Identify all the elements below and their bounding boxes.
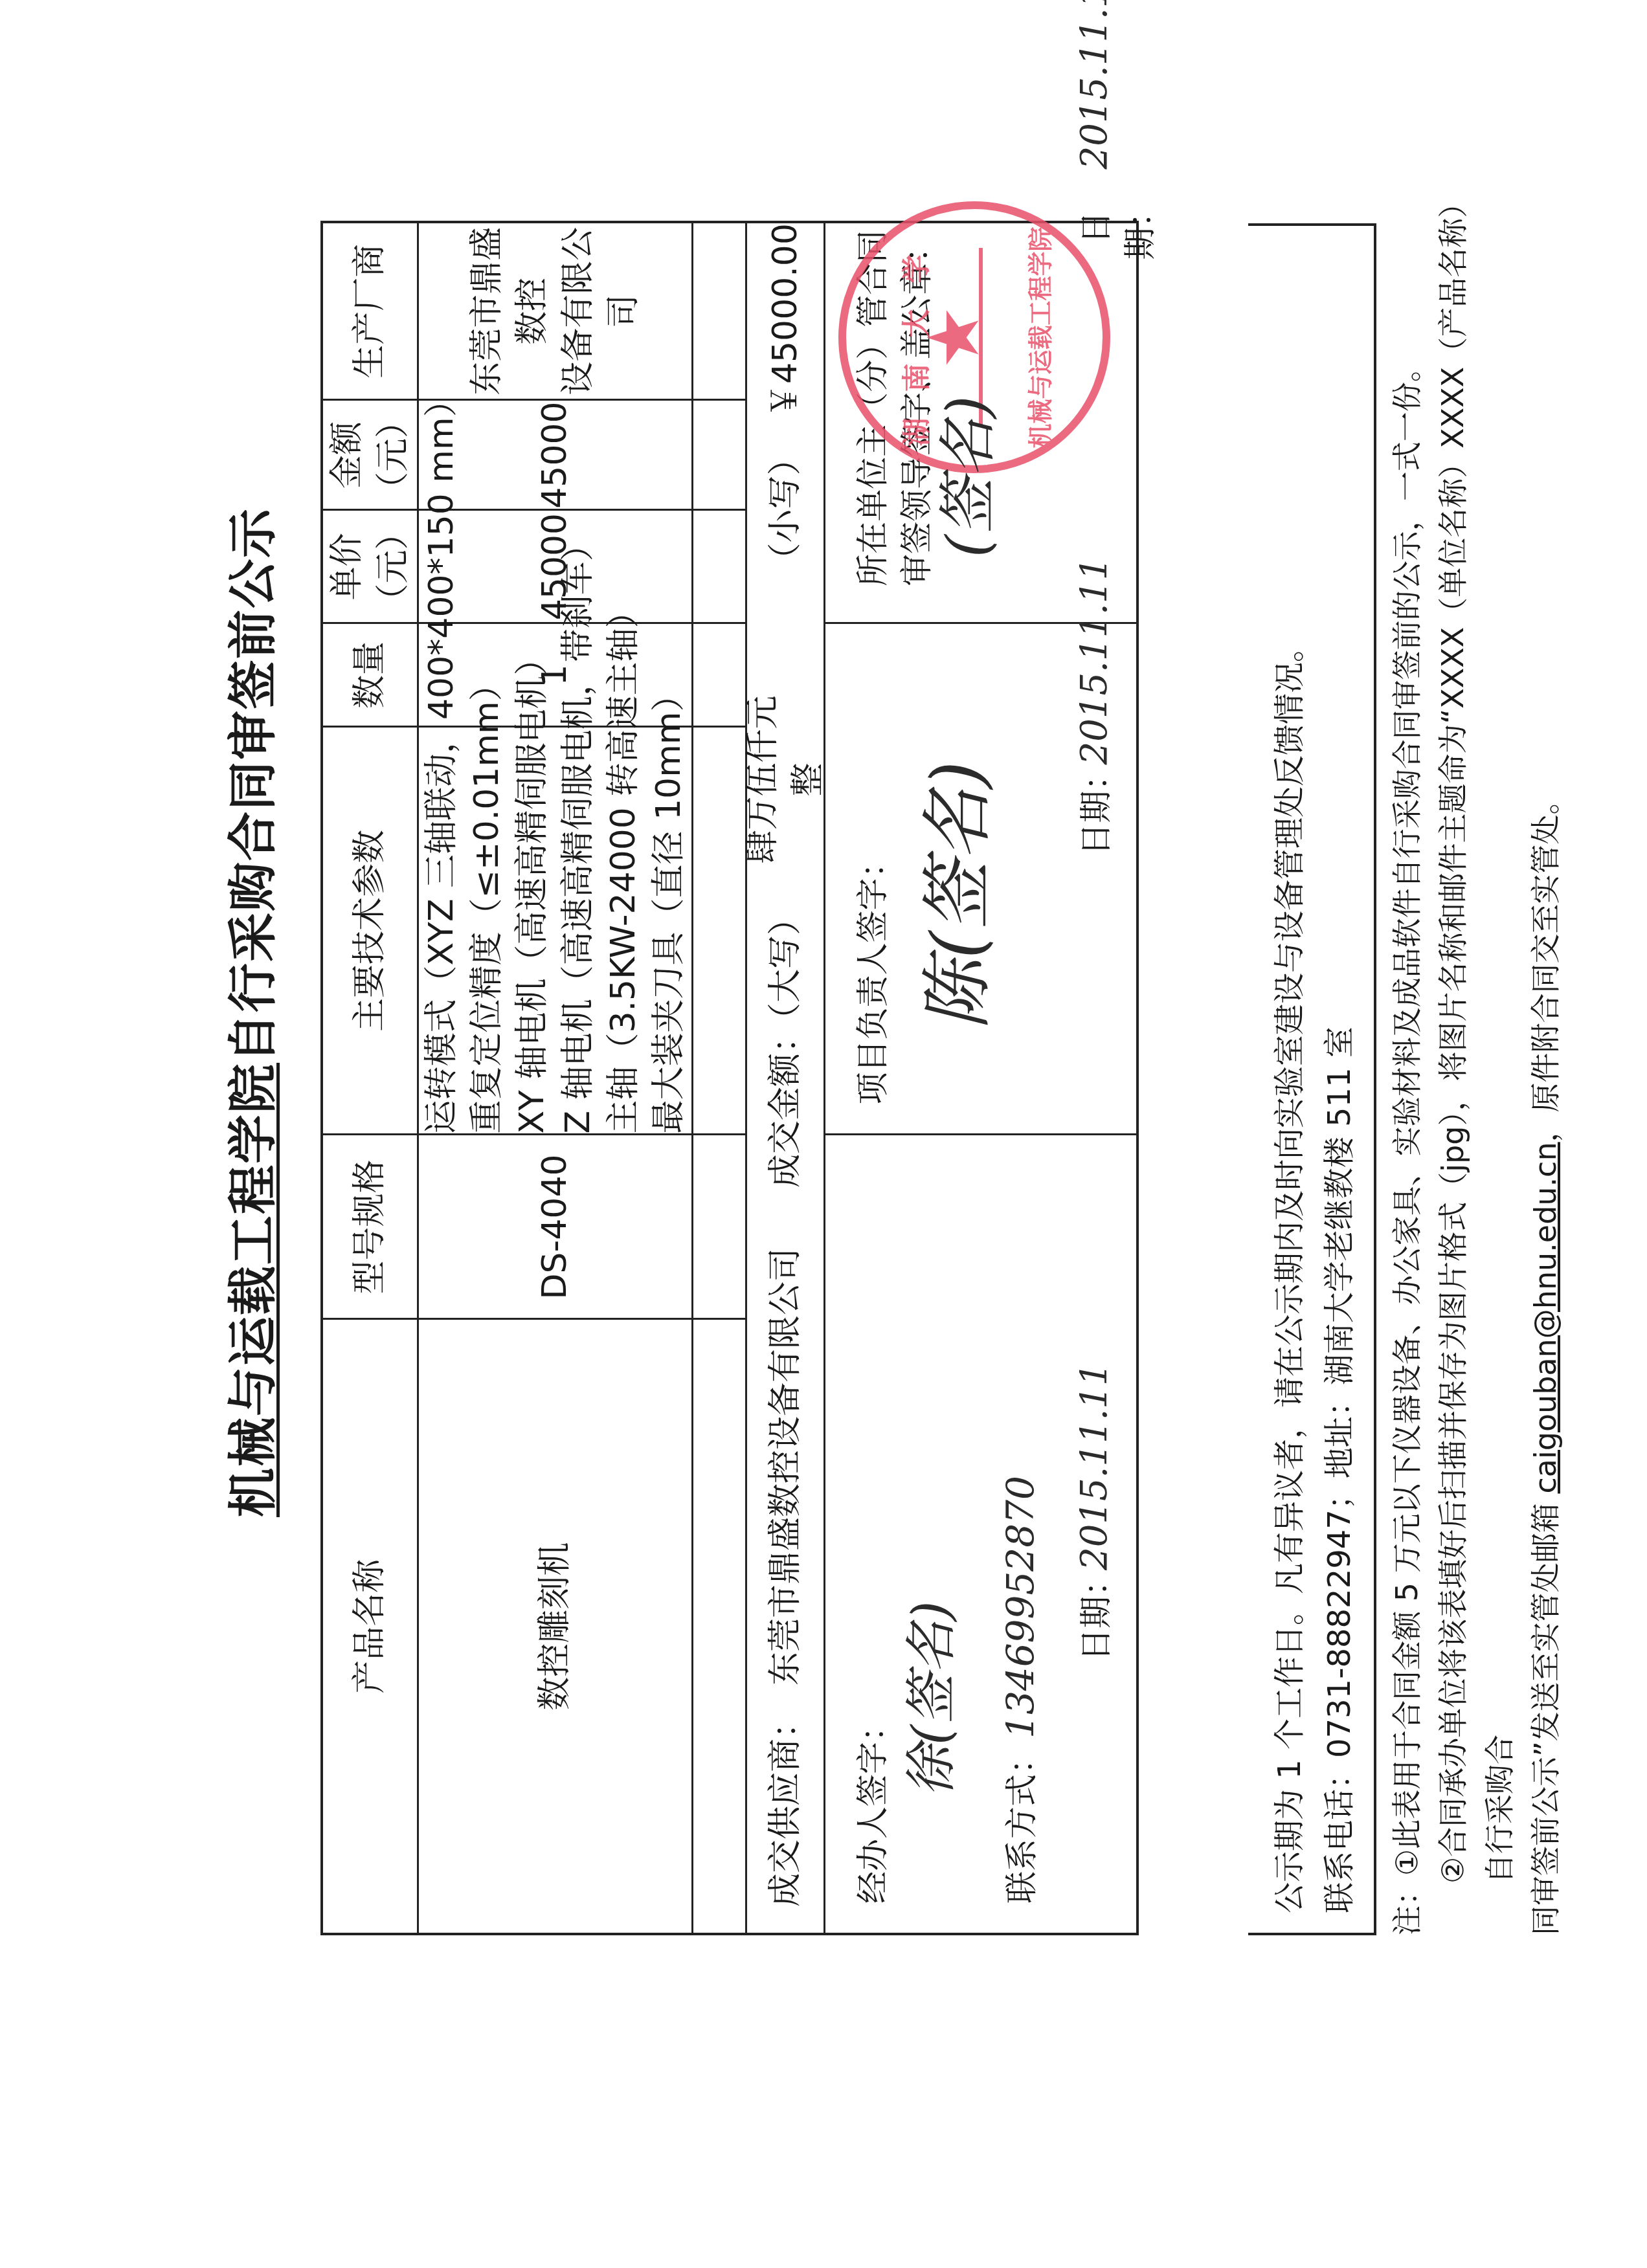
notice-box: 公示期为 1 个工作日。凡有异议者，请在公示期内及时向实验室建设与设备管理处反馈… (1248, 223, 1376, 1935)
pi-signature: 陈(签名) (910, 761, 1006, 1030)
title-college: 机械与运载工程学院 (224, 1063, 282, 1517)
pi-date-label: 日期： (1075, 759, 1119, 856)
supplier-value: 东莞市鼎盛数控设备有限公司 (763, 1248, 808, 1685)
unit-signature: (签名) (929, 395, 1008, 557)
procurement-table: 产品名称 型号规格 主要技术参数 数量 单价（元） 金额（元） 生产厂商 数控雕… (320, 221, 1139, 1935)
unit-date: 2015.11.11 (1070, 0, 1119, 170)
note-1: ①此表用于合同金额 5 万元以下仪器设备、办公家具、实验材料及成品软件自行采购合… (1389, 352, 1424, 1876)
empty-cell (693, 1135, 746, 1319)
param-line: 运转模式（XYZ 三轴联动，400*400*150 mm） (419, 728, 464, 1134)
footnotes: 注：①此表用于合同金额 5 万元以下仪器设备、办公家具、实验材料及成品软件自行采… (1384, 188, 1569, 1935)
rotated-document-sheet: 机械与运载工程学院自行采购合同审签前公示 产品名称 型号规格 主要技术参数 数量… (0, 0, 1647, 2268)
cell-manufacturer: 东莞市鼎盛数控设备有限公司 (418, 222, 693, 400)
signature-row: 经办人签字： 徐(签名) 联系方式： 13469952870 日期： 2015.… (825, 222, 1138, 1934)
empty-cell (693, 1319, 746, 1934)
empty-cell (693, 510, 746, 623)
notes-label: 注： (1389, 1876, 1424, 1935)
contact-label: 联系方式： (1000, 1742, 1044, 1904)
cell-model: DS-4040 (418, 1135, 693, 1319)
notice-period: 公示期为 1 个工作日。凡有异议者，请在公示期内及时向实验室建设与设备管理处反馈… (1265, 239, 1315, 1913)
table-header-row: 产品名称 型号规格 主要技术参数 数量 单价（元） 金额（元） 生产厂商 (322, 222, 418, 1934)
deal-amount-field: 成交金额：（大写） 肆万伍仟元整 （小写） ￥45000.00 (740, 223, 831, 1201)
param-line: 最大装夹刀具（直径 10mm） (646, 728, 691, 1134)
param-line: Z 轴电机（高速高精伺服电机，带刹车） (555, 728, 601, 1134)
manufacturer-l2: 设备有限公司 (559, 227, 643, 395)
empty-cell (693, 400, 746, 510)
amount-lower-label: （小写） (763, 443, 808, 576)
amount-lower: ￥45000.00 (763, 223, 808, 417)
handler-date-label: 日期： (1075, 1564, 1119, 1661)
empty-cell (693, 222, 746, 400)
header-amount-l2: （元） (370, 405, 416, 506)
pi-signature-cell: 项目负责人签字： 陈(签名) 日期： 2015.11.11 (825, 623, 1138, 1135)
header-params: 主要技术参数 (322, 727, 418, 1135)
amount-upper: 肆万伍仟元整 (740, 680, 831, 880)
deal-cell: 成交供应商： 东莞市鼎盛数控设备有限公司 成交金额：（大写） 肆万伍仟元整 （小… (746, 222, 825, 1934)
param-line: XY 轴电机（高速高精伺服电机） (510, 728, 555, 1134)
header-manufacturer: 生产厂商 (322, 222, 418, 400)
param-line: 主轴（3.5KW-24000 转高速主轴） (601, 728, 646, 1134)
header-unit-price: 单价（元） (322, 510, 418, 623)
contact-value: 13469952870 (995, 1476, 1046, 1739)
header-product-name: 产品名称 (322, 1319, 418, 1934)
unit-signature-cell: 所在单位主（分）管合同审签领导签字、盖公章： 湖南大学 ★ 机械与运载工程学院 … (825, 222, 1138, 623)
param-line: 重复定位精度（≤±0.01mm） (464, 728, 510, 1134)
note-2: ②合同承办单位将该表填好后扫描并保存为图片格式（jpg），将图片名称和邮件主题命… (1430, 188, 1523, 1935)
page-title: 机械与运载工程学院自行采购合同审签前公示 (214, 663, 284, 1517)
handler-signature: 徐(签名) (897, 1601, 967, 1797)
table-row-empty (693, 222, 746, 1934)
manufacturer-l1: 东莞市鼎盛数控 (467, 227, 552, 395)
notice-contact: 联系电话：0731-88822947；地址：湖南大学老继教楼 511 室 (1315, 239, 1365, 1913)
unit-date-label: 日期： (1075, 195, 1162, 260)
empty-cell (693, 727, 746, 1135)
title-subject: 自行采购合同审签前公示 (224, 507, 282, 1063)
empty-cell (693, 623, 746, 727)
cell-product-name: 数控雕刻机 (418, 1319, 693, 1934)
cell-params: 运转模式（XYZ 三轴联动，400*400*150 mm） 重复定位精度（≤±0… (418, 727, 693, 1135)
handler-label: 经办人签字： (851, 1709, 895, 1904)
header-quantity: 数量 (322, 623, 418, 727)
header-amount-l1: 金额 (324, 421, 370, 489)
handler-signature-cell: 经办人签字： 徐(签名) 联系方式： 13469952870 日期： 2015.… (825, 1135, 1138, 1934)
star-icon: ★ (906, 306, 1002, 370)
deal-row: 成交供应商： 东莞市鼎盛数控设备有限公司 成交金额：（大写） 肆万伍仟元整 （小… (746, 222, 825, 1934)
supplier-field: 成交供应商： 东莞市鼎盛数控设备有限公司 (763, 1201, 808, 1907)
header-unit-price-l1: 单价 (324, 533, 370, 601)
seal-bottom-text: 机械与运载工程学院 (1024, 210, 1057, 466)
email-link[interactable]: caigouban@hnu.edu.cn (1528, 1142, 1563, 1493)
header-model: 型号规格 (322, 1135, 418, 1319)
header-unit-price-l2: （元） (370, 517, 416, 617)
note-3-pre: 同审签前公示”发送至实管处邮箱 (1528, 1494, 1563, 1935)
handler-date: 2015.11.11 (1070, 1362, 1119, 1570)
amount-label: 成交金额：（大写） (763, 906, 808, 1188)
supplier-label: 成交供应商： (763, 1705, 808, 1907)
table-row: 数控雕刻机 DS-4040 运转模式（XYZ 三轴联动，400*400*150 … (418, 222, 693, 1934)
pi-label: 项目负责人签字： (851, 846, 895, 1105)
header-amount: 金额（元） (322, 400, 418, 510)
note-3-post: ，原件附合同交至实管处。 (1528, 784, 1563, 1142)
